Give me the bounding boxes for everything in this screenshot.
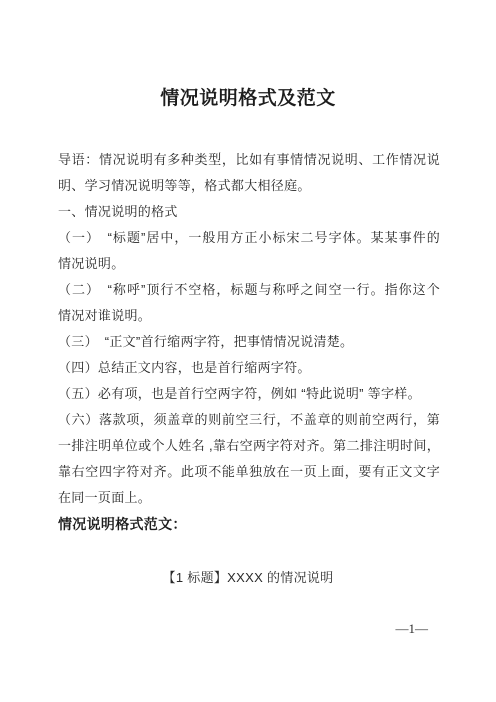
body-line: （三） “正文”首行缩两字符，把事情情况说清楚。	[58, 329, 440, 355]
document-page: 情况说明格式及范文 导语：情况说明有多种类型，比如有事情情况说明、工作情况说 明…	[0, 0, 496, 702]
page-title: 情况说明格式及范文	[0, 84, 496, 114]
body-line: 在同一页面上。	[58, 485, 440, 511]
body-line: （二） “称呼”顶行不空格，标题与称呼之间空一行。指你这个	[58, 277, 440, 303]
body-line: 情况说明。	[58, 251, 440, 277]
body-line: （一） “标题”居中，一般用方正小标宋二号字体。某某事件的	[58, 225, 440, 251]
page-number: —1—	[396, 618, 429, 640]
body-line: 一排注明单位或个人姓名 ,靠右空两字符对齐。第二排注明时间，	[58, 433, 440, 459]
document-body: 导语：情况说明有多种类型，比如有事情情况说明、工作情况说 明、学习情况说明等等，…	[58, 147, 440, 537]
sample-section-label: 情况说明格式范文：	[58, 511, 440, 537]
body-line: 靠右空四字符对齐。此项不能单独放在一页上面，要有正文文字	[58, 459, 440, 485]
body-line: 明、学习情况说明等等，格式都大相径庭。	[58, 173, 440, 199]
body-line: 导语：情况说明有多种类型，比如有事情情况说明、工作情况说	[58, 147, 440, 173]
sample-heading: 【1 标题】XXXX 的情况说明	[0, 566, 496, 590]
body-line: （五）必有项，也是首行空两字符，例如 “特此说明” 等字样。	[58, 381, 440, 407]
body-line: （四）总结正文内容，也是首行缩两字符。	[58, 355, 440, 381]
body-line: （六）落款项，须盖章的则前空三行，不盖章的则前空两行，第	[58, 407, 440, 433]
body-line: 一、情况说明的格式	[58, 199, 440, 225]
body-line: 情况对谁说明。	[58, 303, 440, 329]
